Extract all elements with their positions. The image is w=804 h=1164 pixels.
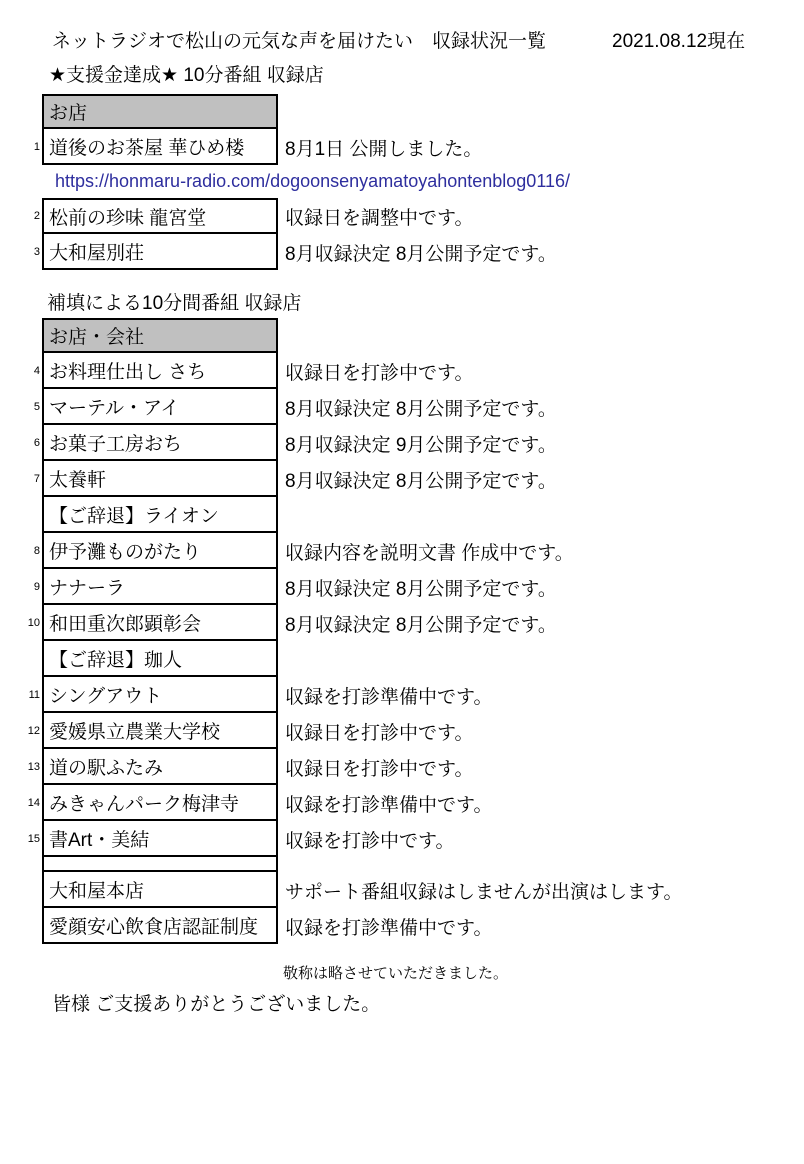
column-header-shop-company: お店・会社 [42, 318, 278, 353]
row-number: 14 [26, 785, 42, 821]
table-row: 6 お菓子工房おち 8月収録決定 9月公開予定です。 [26, 425, 682, 461]
status-text [278, 497, 285, 533]
recording-table-funded-2: 2 松前の珍味 龍宮堂 収録日を調整中です。 3 大和屋別荘 8月収録決定 8月… [26, 198, 557, 270]
table-row: 15 書Art・美結 収録を打診中です。 [26, 821, 682, 857]
shop-name-cell: 大和屋別荘 [42, 234, 278, 270]
row-number: 3 [26, 234, 42, 270]
status-text: 収録日を打診中です。 [278, 353, 473, 389]
status-text: 収録を打診準備中です。 [278, 785, 492, 821]
shop-name-cell: 大和屋本店 [42, 872, 278, 908]
table-row: 大和屋本店 サポート番組収録はしませんが出演はします。 [26, 872, 682, 908]
row-number: 5 [26, 389, 42, 425]
as-of-date: 2021.08.12現在 [612, 26, 745, 53]
shop-name-cell: 愛媛県立農業大学校 [42, 713, 278, 749]
shop-name-cell: シングアウト [42, 677, 278, 713]
row-number: 12 [26, 713, 42, 749]
shop-name-cell: 道の駅ふたみ [42, 749, 278, 785]
status-text [278, 641, 285, 677]
shop-name-cell: 太養軒 [42, 461, 278, 497]
status-text: 8月収録決定 8月公開予定です。 [278, 389, 557, 425]
status-text: 収録日を調整中です。 [278, 198, 473, 234]
status-text: 収録を打診準備中です。 [278, 677, 492, 713]
honorifics-note: 敬称は略させていただきました。 [283, 962, 508, 983]
status-text: 収録を打診準備中です。 [278, 908, 492, 944]
table-header-row: お店 [26, 94, 482, 129]
shop-name-cell: 伊予灘ものがたり [42, 533, 278, 569]
row-number: 6 [26, 425, 42, 461]
status-text: 8月収録決定 9月公開予定です。 [278, 425, 557, 461]
status-text: 8月収録決定 8月公開予定です。 [278, 605, 557, 641]
shop-name-cell: 松前の珍味 龍宮堂 [42, 198, 278, 234]
status-text: 収録内容を説明文書 作成中です。 [278, 533, 574, 569]
row-number [26, 641, 42, 677]
shop-name-cell: 愛顔安心飲食店認証制度 [42, 908, 278, 944]
row-number: 9 [26, 569, 42, 605]
status-text: サポート番組収録はしませんが出演はします。 [278, 872, 682, 908]
shop-name-cell: 【ご辞退】珈人 [42, 641, 278, 677]
row-number [26, 94, 42, 129]
table-header-row: お店・会社 [26, 318, 682, 353]
table-row: 12 愛媛県立農業大学校 収録日を打診中です。 [26, 713, 682, 749]
row-number: 13 [26, 749, 42, 785]
column-header-shop: お店 [42, 94, 278, 129]
row-number: 15 [26, 821, 42, 857]
status-text: 収録日を打診中です。 [278, 749, 473, 785]
status-text [278, 318, 285, 353]
table-row: 13 道の駅ふたみ 収録日を打診中です。 [26, 749, 682, 785]
shop-name-cell: お料理仕出し さち [42, 353, 278, 389]
row-number: 1 [26, 129, 42, 165]
row-number [26, 857, 42, 872]
table-row: 11 シングアウト 収録を打診準備中です。 [26, 677, 682, 713]
row-number [26, 318, 42, 353]
table-row-declined: 【ご辞退】珈人 [26, 641, 682, 677]
section2-heading: 補填による10分間番組 収録店 [47, 288, 301, 315]
row-number: 8 [26, 533, 42, 569]
status-text [278, 94, 285, 129]
table-row: 1 道後のお茶屋 華ひめ楼 8月1日 公開しました。 [26, 129, 482, 165]
table-row: 愛顔安心飲食店認証制度 収録を打診準備中です。 [26, 908, 682, 944]
table-row: 2 松前の珍味 龍宮堂 収録日を調整中です。 [26, 198, 557, 234]
row-number [26, 908, 42, 944]
status-text: 8月収録決定 8月公開予定です。 [278, 569, 557, 605]
table-row-empty [26, 857, 682, 872]
table-row: 10 和田重次郎顕彰会 8月収録決定 8月公開予定です。 [26, 605, 682, 641]
shop-name-cell: みきゃんパーク梅津寺 [42, 785, 278, 821]
shop-name-cell: 和田重次郎顕彰会 [42, 605, 278, 641]
recording-table-funded: お店 1 道後のお茶屋 華ひめ楼 8月1日 公開しました。 [26, 94, 482, 165]
blog-link[interactable]: https://honmaru-radio.com/dogoonsenyamat… [55, 171, 570, 191]
table-row: 7 太養軒 8月収録決定 8月公開予定です。 [26, 461, 682, 497]
shop-name-cell: 道後のお茶屋 華ひめ楼 [42, 129, 278, 165]
row-number: 4 [26, 353, 42, 389]
table-row: 14 みきゃんパーク梅津寺 収録を打診準備中です。 [26, 785, 682, 821]
shop-name-cell: ナナーラ [42, 569, 278, 605]
shop-name-cell: マーテル・アイ [42, 389, 278, 425]
table-row: 9 ナナーラ 8月収録決定 8月公開予定です。 [26, 569, 682, 605]
table-row: 4 お料理仕出し さち 収録日を打診中です。 [26, 353, 682, 389]
table-row: 3 大和屋別荘 8月収録決定 8月公開予定です。 [26, 234, 557, 270]
table-row: 8 伊予灘ものがたり 収録内容を説明文書 作成中です。 [26, 533, 682, 569]
section1-heading: ★支援金達成★ 10分番組 収録店 [49, 60, 324, 87]
status-text: 収録を打診中です。 [278, 821, 454, 857]
status-text [278, 857, 285, 872]
row-number: 11 [26, 677, 42, 713]
table-row-declined: 【ご辞退】ライオン [26, 497, 682, 533]
shop-name-cell: 【ご辞退】ライオン [42, 497, 278, 533]
status-text: 8月収録決定 8月公開予定です。 [278, 461, 557, 497]
recording-table-supplementary: お店・会社 4 お料理仕出し さち 収録日を打診中です。 5 マーテル・アイ 8… [26, 318, 682, 944]
shop-name-cell: お菓子工房おち [42, 425, 278, 461]
row-number: 10 [26, 605, 42, 641]
shop-name-cell [42, 857, 278, 872]
status-text: 8月1日 公開しました。 [278, 129, 482, 165]
thanks-message: 皆様 ご支援ありがとうございました。 [52, 989, 380, 1016]
shop-name-cell: 書Art・美結 [42, 821, 278, 857]
status-text: 収録日を打診中です。 [278, 713, 473, 749]
row-number: 7 [26, 461, 42, 497]
status-text: 8月収録決定 8月公開予定です。 [278, 234, 557, 270]
page-title: ネットラジオで松山の元気な声を届けたい 収録状況一覧 [52, 26, 546, 53]
row-number [26, 497, 42, 533]
link-line: https://honmaru-radio.com/dogoonsenyamat… [55, 171, 570, 192]
row-number: 2 [26, 198, 42, 234]
table-row: 5 マーテル・アイ 8月収録決定 8月公開予定です。 [26, 389, 682, 425]
row-number [26, 872, 42, 908]
